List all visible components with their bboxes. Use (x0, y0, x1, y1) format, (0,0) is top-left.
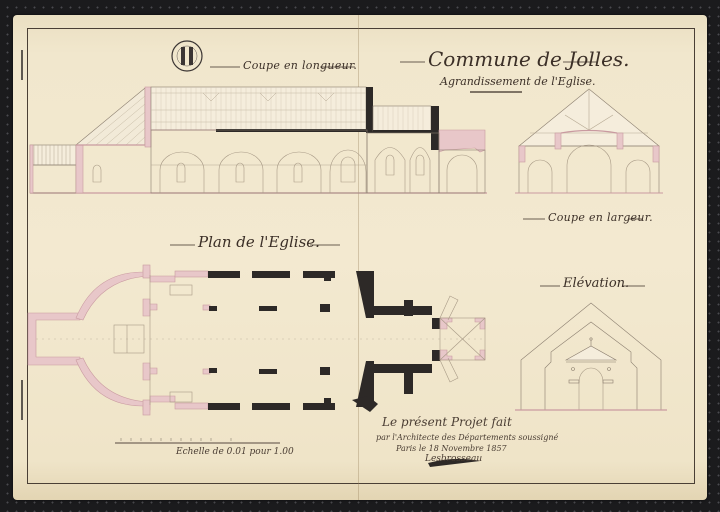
document-subtitle: Agrandissement de l'Eglise. (440, 75, 596, 88)
archives-stamp (172, 41, 202, 71)
architect-signature: Lesbrosseau (425, 454, 482, 464)
elevation-drawing (515, 303, 667, 410)
certification-line-1: Le présent Projet fait (382, 415, 512, 429)
plan-label: Plan de l'Eglise. (198, 233, 320, 251)
cross-section-drawing (515, 89, 663, 193)
document-title: Commune de Jolles. (428, 47, 630, 71)
drawing-canvas (0, 0, 720, 512)
floor-plan-drawing (28, 265, 485, 415)
elevation-label: Elévation. (563, 276, 629, 291)
certification-date: Paris le 18 Novembre 1857 (396, 444, 507, 453)
scale-bar (115, 438, 280, 443)
certification-line-2: par l'Architecte des Départements soussi… (376, 433, 558, 442)
longitudinal-section-label: Coupe en longueur. (243, 59, 357, 72)
scale-label: Echelle de 0.01 pour 1.00 (176, 447, 294, 457)
cross-section-label: Coupe en largeur. (548, 211, 653, 224)
longitudinal-section-drawing (30, 87, 487, 193)
